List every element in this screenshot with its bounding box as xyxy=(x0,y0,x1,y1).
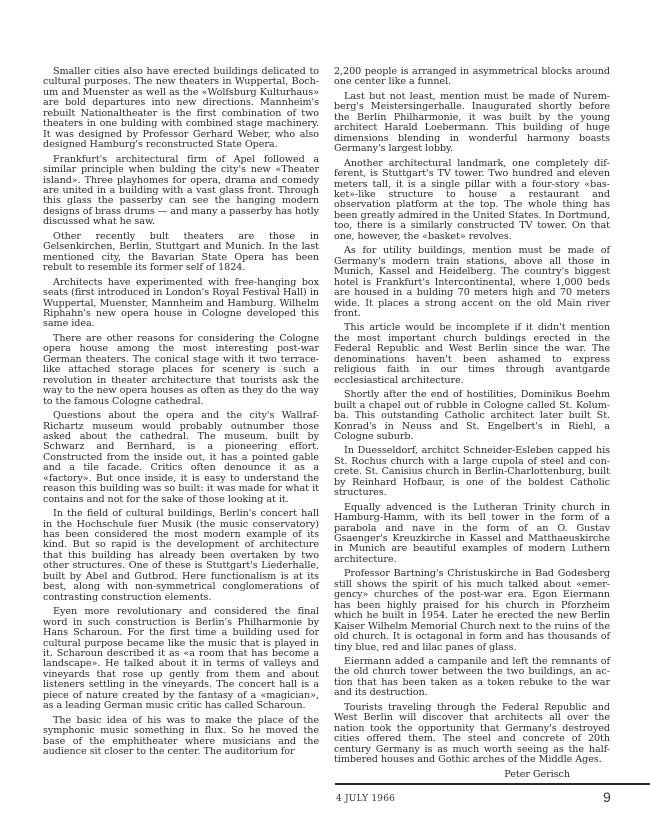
paragraph: In Duesseldorf, architct Schneider-Esleb… xyxy=(334,446,610,498)
paragraph: Eyen more revolutionary and considered t… xyxy=(43,607,319,712)
paragraph: As for utility buildings, mention must b… xyxy=(334,246,610,319)
article-column-left: Smaller cities also have erected buildin… xyxy=(43,67,319,762)
paragraph: Equally advenced is the Lutheran Trinity… xyxy=(334,503,610,566)
paragraph: There are other reasons for considering … xyxy=(43,334,319,407)
paragraph: Questions about the opera and the city's… xyxy=(43,411,319,505)
paragraph: Another architectural landmark, one comp… xyxy=(334,159,610,243)
paragraph: Professor Bartning's Christuskirche in B… xyxy=(334,569,610,653)
paragraph: Shortly after the end of hostilities, Do… xyxy=(334,390,610,442)
issue-date: 4 JULY 1966 xyxy=(336,794,395,804)
paragraph: Smaller cities also have erected buildin… xyxy=(43,67,319,151)
page-number: 9 xyxy=(603,789,611,805)
paragraph: Frankfurt's architectural firm of Apel f… xyxy=(43,155,319,228)
paragraph: Architects have experimented with free-h… xyxy=(43,278,319,330)
paragraph: The basic idea of his was to make the pl… xyxy=(43,716,319,758)
article-column-right: 2,200 people is arranged in asymmetrical… xyxy=(334,67,610,780)
paragraph-continued: 2,200 people is arranged in asymmetrical… xyxy=(334,67,610,88)
paragraph: Tourists traveling through the Federal R… xyxy=(334,703,610,766)
paragraph: Eiermann added a campanile and left the … xyxy=(334,657,610,699)
paragraph: In the field of cultural buildings, Berl… xyxy=(43,509,319,603)
author-signature: Peter Gerisch xyxy=(334,770,610,780)
paragraph: Other recently bult theaters are those i… xyxy=(43,232,319,274)
paragraph: This article would be incomplete if it d… xyxy=(334,323,610,386)
paragraph: Last but not least, mention must be made… xyxy=(334,92,610,155)
footer-divider xyxy=(335,783,650,785)
